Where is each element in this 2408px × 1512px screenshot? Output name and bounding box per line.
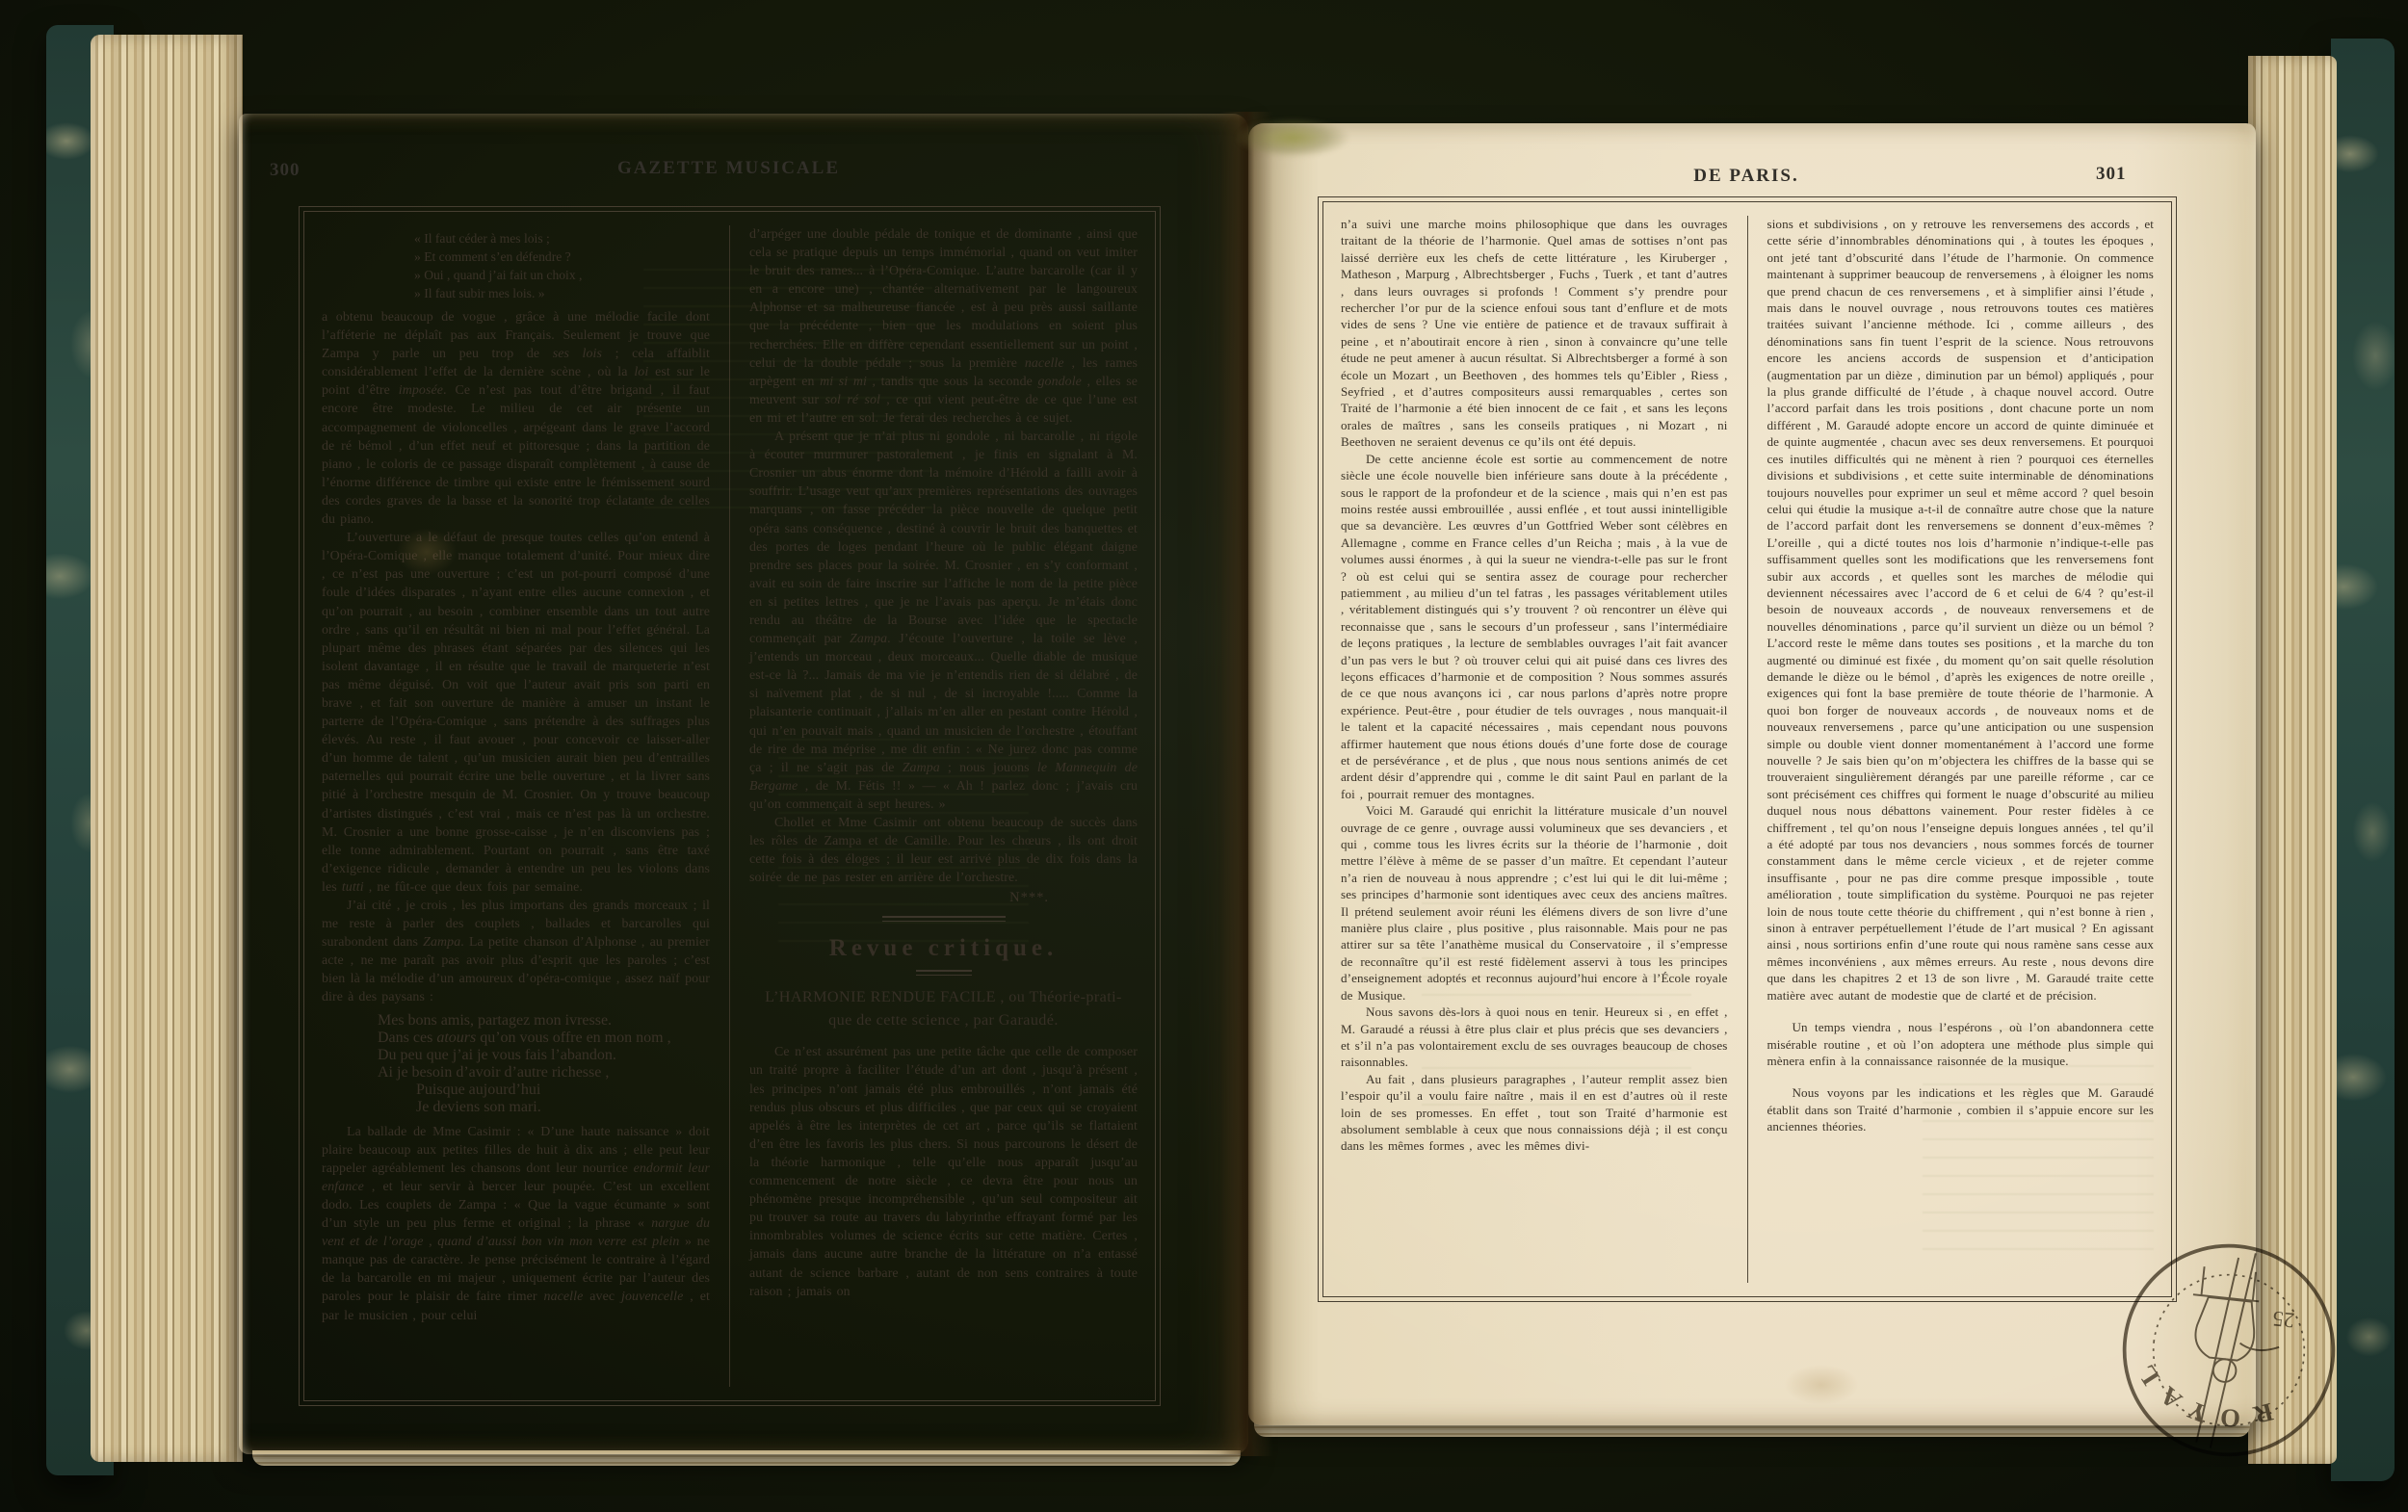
paragraph: A présent que je n’ai plus ni gondole , …: [749, 428, 1138, 814]
paragraph: d’arpéger une double pédale de tonique e…: [749, 225, 1138, 428]
journal-title-continuation: DE PARIS.: [1693, 166, 1799, 187]
right-page-column-2: sions et subdivisions , on y retrouve le…: [1747, 216, 2155, 1283]
verse-line: Puisque aujourd’hui: [416, 1082, 710, 1099]
paragraph: L’ouverture a le défaut de presque toute…: [322, 529, 710, 897]
paragraph: Nous voyons par les indications et les r…: [1767, 1084, 2155, 1134]
verse-line: Je deviens son mari.: [416, 1099, 710, 1116]
section-divider-rule-small: [916, 970, 972, 976]
page-number-right: 301: [2096, 164, 2127, 185]
left-page-column-2: d’arpéger une double pédale de tonique e…: [729, 225, 1138, 1387]
verse-line: Ai je besoin d’avoir d’autre richesse ,: [378, 1064, 710, 1082]
foxing-spot: [1768, 1356, 1874, 1414]
paragraph: La ballade de Mme Casimir : « D’une haut…: [322, 1123, 710, 1325]
paragraph: Voici M. Garaudé qui enrichit la littéra…: [1341, 802, 1728, 1004]
section-divider-rule: [882, 916, 1006, 922]
verse-line: Dans ces atours qu’on vous offre en mon …: [378, 1030, 710, 1047]
verse-line: » Il faut subir mes lois. »: [414, 284, 710, 302]
text-frame-right: n’a suivi une marche moins philosophique…: [1318, 196, 2177, 1302]
page-left: 300 GAZETTE MUSICALE « Il faut céder à m…: [239, 114, 1248, 1454]
song-quote: Mes bons amis, partagez mon ivresse. Dan…: [378, 1012, 710, 1116]
verse-line: » Et comment s’en défendre ?: [414, 248, 710, 266]
spine-wear-spot: [1235, 117, 1350, 158]
verse-line: » Oui , quand j’ai fait un choix ,: [414, 266, 710, 284]
book-photo-scene: 300 GAZETTE MUSICALE « Il faut céder à m…: [0, 0, 2408, 1512]
paragraph: De cette ancienne école est sortie au co…: [1341, 451, 1728, 803]
paragraph: n’a suivi une marche moins philosophique…: [1341, 216, 1728, 451]
paragraph: sions et subdivisions , on y retrouve le…: [1767, 216, 2155, 1004]
verse-quote: « Il faut céder à mes lois ; » Et commen…: [414, 229, 710, 302]
svg-text:ROYAL: ROYAL: [2120, 1348, 2283, 1438]
stamp-text: ROYAL: [2120, 1348, 2283, 1438]
author-signature: N***.: [749, 890, 1049, 906]
article-title: L’HARMONIE RENDUE FACILE , ou Théorie-pr…: [749, 985, 1138, 1031]
page-right: DE PARIS. 301 n’a suivi une marche moins…: [1248, 123, 2256, 1425]
left-page-column-1: « Il faut céder à mes lois ; » Et commen…: [322, 225, 729, 1387]
right-page-column-1: n’a suivi une marche moins philosophique…: [1341, 216, 1747, 1283]
paragraph: Chollet et Mme Casimir ont obtenu beauco…: [749, 814, 1138, 887]
book-gutter: [1219, 112, 1273, 1456]
library-stamp: ROYAL 25: [2104, 1225, 2353, 1474]
running-head-left: GAZETTE MUSICALE: [299, 158, 1159, 179]
verse-line: Du peu que j’ai je vous fais l’abandon.: [378, 1047, 710, 1064]
paragraph: Un temps viendra , nous l’espérons , où …: [1767, 1019, 2155, 1069]
paragraph: J’ai cité , je crois , les plus importan…: [322, 897, 710, 1007]
running-head-right: DE PARIS.: [1318, 166, 2175, 187]
section-heading: Revue critique.: [749, 935, 1138, 962]
paragraph: Nous savons dès-lors à quoi nous en teni…: [1341, 1004, 1728, 1071]
text-frame-left: « Il faut céder à mes lois ; » Et commen…: [299, 206, 1161, 1406]
verse-line: Mes bons amis, partagez mon ivresse.: [378, 1012, 710, 1030]
library-stamp-graphic: ROYAL 25: [2104, 1225, 2353, 1474]
journal-title: GAZETTE MUSICALE: [617, 158, 840, 179]
article-title-line: que de cette science , par Garaudé.: [749, 1008, 1138, 1031]
page-number-left: 300: [270, 160, 301, 181]
article-title-line: L’HARMONIE RENDUE FACILE , ou Théorie-pr…: [749, 985, 1138, 1008]
paragraph: Au fait , dans plusieurs paragraphes , l…: [1341, 1071, 1728, 1155]
verse-line: « Il faut céder à mes lois ;: [414, 229, 710, 248]
paragraph: a obtenu beaucoup de vogue , grâce à une…: [322, 308, 710, 529]
paragraph: Ce n’est assurément pas une petite tâche…: [749, 1043, 1138, 1300]
page-stack-left-edge: [91, 35, 243, 1462]
stamp-number: 25: [2271, 1307, 2295, 1333]
